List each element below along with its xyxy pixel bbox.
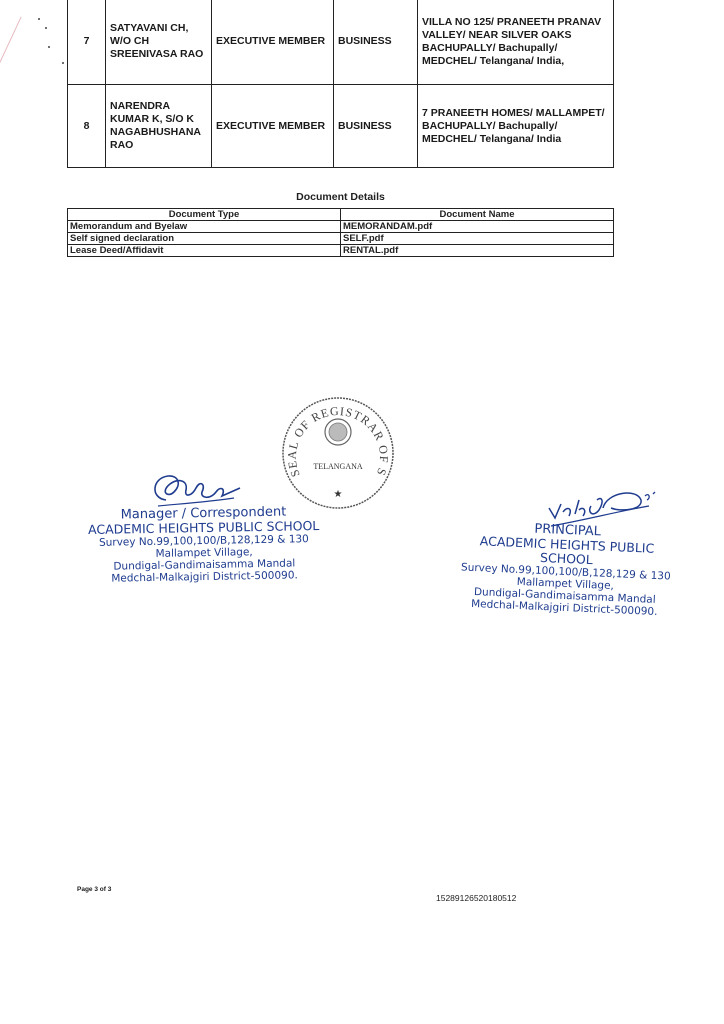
- name-cell: NARENDRA KUMAR K, S/O K NAGABHUSHANA RAO: [106, 85, 212, 168]
- occupation-cell: BUSINESS: [334, 85, 418, 168]
- principal-signature: [545, 478, 665, 528]
- document-details-title: Document Details: [67, 191, 614, 203]
- document-type-cell: Memorandum and Byelaw: [68, 221, 341, 233]
- header-document-type: Document Type: [68, 209, 341, 221]
- members-table: 7 SATYAVANI CH, W/O CH SREENIVASA RAO EX…: [67, 0, 614, 168]
- name-cell: SATYAVANI CH, W/O CH SREENIVASA RAO: [106, 0, 212, 85]
- document-type-cell: Lease Deed/Affidavit: [68, 245, 341, 257]
- document-code: 15289126520180512: [436, 893, 516, 903]
- designation-cell: EXECUTIVE MEMBER: [212, 85, 334, 168]
- address-cell: 7 PRANEETH HOMES/ MALLAMPET/ BACHUPALLY/…: [418, 85, 614, 168]
- table-row: 7 SATYAVANI CH, W/O CH SREENIVASA RAO EX…: [68, 0, 614, 85]
- seal-center-text: TELANGANA: [313, 462, 363, 471]
- manager-stamp: Manager / Correspondent ACADEMIC HEIGHTS…: [83, 505, 324, 585]
- scan-speck: [45, 27, 47, 29]
- page-number: Page 3 of 3: [77, 886, 111, 893]
- table-row: 8 NARENDRA KUMAR K, S/O K NAGABHUSHANA R…: [68, 85, 614, 168]
- document-name-cell: MEMORANDAM.pdf: [341, 221, 614, 233]
- document-name-cell: SELF.pdf: [341, 233, 614, 245]
- registrar-seal: SEAL OF REGISTRAR OF SOCIETIES TELANGANA…: [280, 395, 396, 511]
- table-row: Lease Deed/Affidavit RENTAL.pdf: [68, 245, 614, 257]
- principal-stamp: PRINCIPAL ACADEMIC HEIGHTS PUBLIC SCHOOL…: [455, 519, 677, 618]
- table-row: Self signed declaration SELF.pdf: [68, 233, 614, 245]
- scan-mark: [0, 17, 22, 72]
- scan-speck: [48, 46, 50, 48]
- table-header-row: Document Type Document Name: [68, 209, 614, 221]
- document-details-table: Document Type Document Name Memorandum a…: [67, 208, 614, 257]
- table-row: Memorandum and Byelaw MEMORANDAM.pdf: [68, 221, 614, 233]
- serial-cell: 8: [68, 85, 106, 168]
- designation-cell: EXECUTIVE MEMBER: [212, 0, 334, 85]
- address-cell: VILLA NO 125/ PRANEETH PRANAV VALLEY/ NE…: [418, 0, 614, 85]
- document-type-cell: Self signed declaration: [68, 233, 341, 245]
- occupation-cell: BUSINESS: [334, 0, 418, 85]
- serial-cell: 7: [68, 0, 106, 85]
- star-icon: ★: [334, 489, 343, 500]
- header-document-name: Document Name: [341, 209, 614, 221]
- document-name-cell: RENTAL.pdf: [341, 245, 614, 257]
- scan-speck: [38, 18, 40, 20]
- scan-speck: [62, 62, 64, 64]
